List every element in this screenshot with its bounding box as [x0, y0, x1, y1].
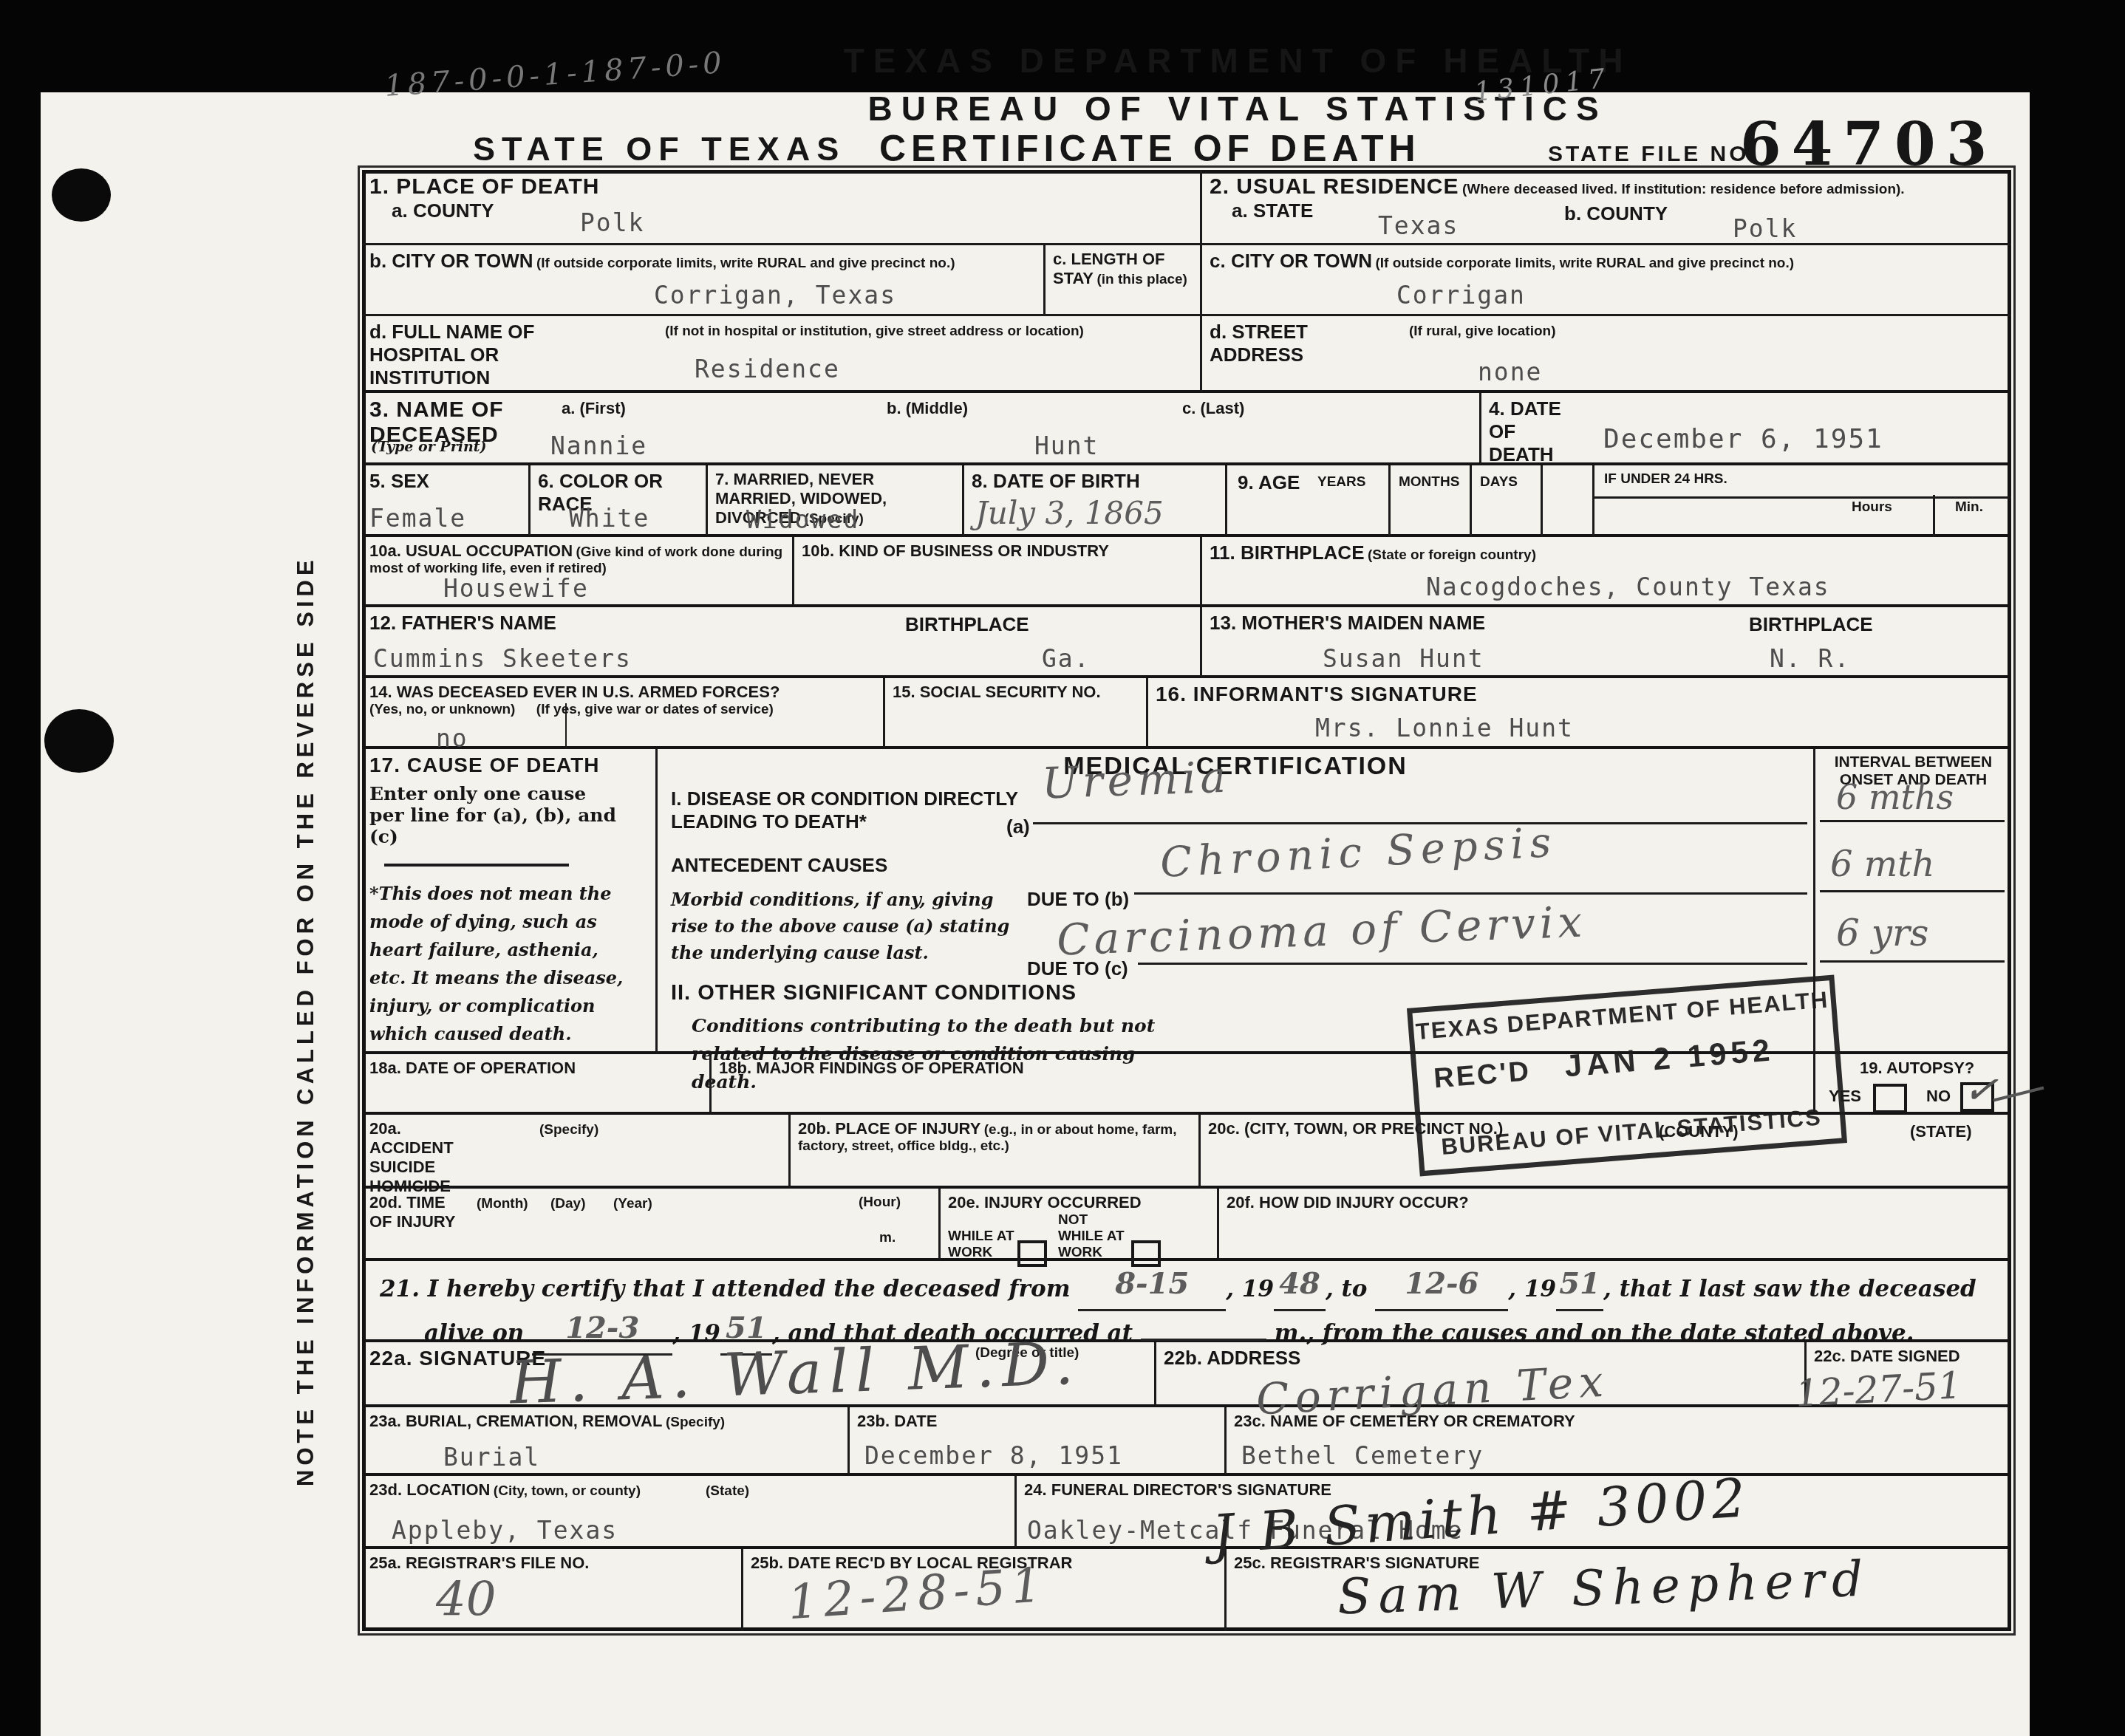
- accident-label: 20a. ACCIDENT SUICIDE HOMICIDE: [369, 1119, 488, 1196]
- hospital-label: d. FULL NAME OF HOSPITAL OR INSTITUTION: [369, 321, 621, 389]
- field-sex: 5. SEX Female: [362, 465, 531, 537]
- field-fathers-name: 12. FATHER'S NAME BIRTHPLACE Cummins Ske…: [362, 607, 1202, 678]
- funeral-director-label: 24. FUNERAL DIRECTOR'S SIGNATURE: [1024, 1480, 1331, 1499]
- residence-county-label: b. COUNTY: [1564, 202, 1668, 225]
- punch-hole-bottom: [44, 709, 114, 773]
- physician-address-label: 22b. ADDRESS: [1164, 1347, 1300, 1369]
- armed-forces-divider: [565, 703, 567, 749]
- age-min-label: Min.: [1955, 499, 1983, 516]
- hospital-value: Residence: [695, 355, 840, 383]
- business-label: 10b. KIND OF BUSINESS OR INDUSTRY: [802, 541, 1109, 560]
- age-years-label: YEARS: [1317, 474, 1365, 491]
- injury-year-label: (Year): [613, 1196, 652, 1212]
- cause-instruction: Enter only one cause per line for (a), (…: [369, 783, 621, 847]
- cert-tail1: , that I last saw the deceased: [1603, 1276, 1976, 1302]
- residence-city-note: (If outside corporate limits, write RURA…: [1376, 256, 1795, 271]
- field-burial-date: 23b. DATE December 8, 1951: [850, 1407, 1227, 1476]
- first-name-label: a. (First): [562, 399, 626, 418]
- cert-y2-value: 51: [1559, 1266, 1600, 1301]
- header-state-of-texas: STATE OF TEXAS: [473, 130, 845, 168]
- interval-line-a: [1820, 820, 2005, 822]
- age-hours-label: Hours: [1852, 499, 1892, 516]
- date-of-operation-label: 18a. DATE OF OPERATION: [369, 1059, 576, 1077]
- antecedent-label: ANTECEDENT CAUSES: [671, 854, 887, 877]
- autopsy-yes-checkbox: [1873, 1084, 1907, 1113]
- burial-note: (Specify): [666, 1415, 725, 1430]
- cert-y2-blank: 51: [1556, 1267, 1603, 1311]
- last-name-value: Hunt: [1034, 431, 1099, 460]
- informant-label: 16. INFORMANT'S SIGNATURE: [1156, 683, 1478, 705]
- field-burial-cremation: 23a. BURIAL, CREMATION, REMOVAL (Specify…: [362, 1407, 850, 1476]
- stamp-recd: REC'D: [1433, 1056, 1532, 1095]
- section2-title: 2. USUAL RESIDENCE: [1210, 174, 1459, 199]
- injury-day-label: (Day): [550, 1196, 586, 1212]
- field-place-of-injury: 20b. PLACE OF INJURY (e.g., in or about …: [791, 1115, 1201, 1189]
- field-date-of-birth: 8. DATE OF BIRTH July 3, 1865: [964, 465, 1227, 537]
- field-informant: 16. INFORMANT'S SIGNATURE Mrs. Lonnie Hu…: [1148, 678, 2011, 749]
- county-label: a. COUNTY: [392, 199, 494, 222]
- interval-line-c: [1820, 960, 2005, 963]
- field-date-of-operation: 18a. DATE OF OPERATION: [362, 1054, 712, 1115]
- how-injury-label: 20f. HOW DID INJURY OCCUR?: [1227, 1193, 1469, 1212]
- field-color-or-race: 6. COLOR OR RACE White: [531, 465, 708, 537]
- field-accident-suicide-homicide: 20a. ACCIDENT SUICIDE HOMICIDE (Specify): [362, 1115, 791, 1189]
- last-name-label: c. (Last): [1182, 399, 1244, 418]
- fathers-name-value: Cummins Skeeters: [373, 644, 632, 673]
- date-of-death-label: 4. DATE OF DEATH: [1489, 397, 1570, 466]
- field-length-of-stay: c. LENGTH OF STAY (in this place): [1046, 245, 1202, 316]
- field-marital-status: 7. MARRIED, NEVER MARRIED, WIDOWED, DIVO…: [708, 465, 964, 537]
- age-hours-min-divider: [1933, 495, 1935, 537]
- burial-date-label: 23b. DATE: [857, 1412, 937, 1430]
- field-burial-location: 23d. LOCATION (City, town, or county) (S…: [362, 1476, 1017, 1549]
- street-address-note: (If rural, give location): [1409, 324, 1555, 340]
- cert-alive-value: 12-3: [565, 1310, 639, 1345]
- age-divider: [1541, 465, 1543, 537]
- field-date-recd-registrar: 25b. DATE REC'D BY LOCAL REGISTRAR 12-28…: [743, 1549, 1227, 1631]
- accident-note: (Specify): [539, 1122, 598, 1138]
- margin-note: NOTE THE INFORMATION CALLED FOR ON THE R…: [293, 408, 328, 1486]
- city-label: b. CITY OR TOWN: [369, 250, 533, 272]
- place-of-injury-label: 20b. PLACE OF INJURY: [798, 1119, 980, 1138]
- cert-hour-blank: [1141, 1339, 1266, 1341]
- header-certificate-title: CERTIFICATE OF DEATH: [879, 127, 1421, 170]
- county-value: Polk: [580, 208, 644, 237]
- registrar-file-value: 40: [436, 1573, 496, 1627]
- injury-occurred-label: 20e. INJURY OCCURRED: [948, 1193, 1142, 1212]
- field-how-injury-occurred: 20f. HOW DID INJURY OCCUR?: [1219, 1189, 2011, 1261]
- mothers-name-value: Susan Hunt: [1323, 644, 1484, 673]
- date-signed-value: 12-27-51: [1795, 1364, 1962, 1415]
- cert-to-blank: 12-6: [1375, 1267, 1508, 1311]
- cert-from-blank: 8-15: [1078, 1267, 1226, 1311]
- not-while-at-work-label: NOT WHILE AT WORK: [1058, 1212, 1128, 1261]
- field-occupation: 10a. USUAL OCCUPATION (Give kind of work…: [362, 537, 794, 607]
- burial-location-note: (City, town, or county): [494, 1483, 641, 1499]
- hospital-note: (If not in hospital or institution, give…: [665, 324, 1084, 340]
- field-city-of-death: b. CITY OR TOWN (If outside corporate li…: [362, 245, 1046, 316]
- stamp-date: JAN 2 1952: [1563, 1032, 1776, 1084]
- received-stamp: TEXAS DEPARTMENT OF HEALTH REC'D JAN 2 1…: [1407, 975, 1847, 1177]
- autopsy-no-checkmark: ✓: [1961, 1065, 2000, 1116]
- dob-value: July 3, 1865: [975, 495, 1164, 531]
- burial-location-label: 23d. LOCATION: [369, 1480, 490, 1499]
- field-registrar-signature: 25c. REGISTRAR'S SIGNATURE Sam W Shepher…: [1227, 1549, 2011, 1631]
- cause-divider-rule: [384, 864, 569, 867]
- field-business-industry: 10b. KIND OF BUSINESS OR INDUSTRY: [794, 537, 1202, 607]
- birthplace-label: 11. BIRTHPLACE: [1210, 541, 1365, 564]
- medical-certification-title: MEDICAL CERTIFICATION: [658, 752, 1813, 781]
- burial-value: Burial: [443, 1443, 540, 1472]
- cert-from-value: 8-15: [1115, 1266, 1189, 1301]
- cause-of-death-label: 17. CAUSE OF DEATH: [369, 753, 600, 776]
- field-time-of-injury: 20d. TIME OF INJURY (Month) (Day) (Year)…: [362, 1189, 941, 1261]
- age-divider: [1388, 465, 1391, 537]
- city-note: (If outside corporate limits, write RURA…: [536, 256, 955, 271]
- father-birthplace-label: BIRTHPLACE: [905, 613, 1029, 636]
- field-armed-forces: 14. WAS DECEASED EVER IN U.S. ARMED FORC…: [362, 678, 885, 749]
- date-of-death-value: December 6, 1951: [1603, 424, 1883, 454]
- sex-label: 5. SEX: [369, 470, 429, 492]
- field-date-of-death: 4. DATE OF DEATH December 6, 1951: [1481, 393, 2011, 465]
- section3-note: (Type or Print): [371, 439, 486, 455]
- interval-b-value: 6 mth: [1830, 844, 1935, 885]
- field-registrar-file-no: 25a. REGISTRAR'S FILE NO. 40: [362, 1549, 743, 1631]
- residence-state-value: Texas: [1378, 211, 1459, 240]
- cert-to-word: , to: [1326, 1276, 1368, 1302]
- age-divider: [1470, 465, 1472, 537]
- residence-city-value: Corrigan: [1396, 281, 1526, 310]
- time-of-injury-label: 20d. TIME OF INJURY: [369, 1193, 458, 1231]
- residence-state-label: a. STATE: [1232, 199, 1313, 222]
- cert-y1-blank: 48: [1274, 1267, 1326, 1311]
- field-social-security: 15. SOCIAL SECURITY NO.: [885, 678, 1148, 749]
- interval-c-value: 6 yrs: [1836, 912, 1929, 954]
- age-under24-divider: [1592, 496, 2011, 499]
- cert-to-value: 12-6: [1405, 1266, 1478, 1301]
- due-to-b-label: DUE TO (b): [1027, 888, 1129, 911]
- death-certificate-scan: NOTE THE INFORMATION CALLED FOR ON THE R…: [0, 0, 2125, 1736]
- length-of-stay-note: (in this place): [1096, 272, 1187, 287]
- injury-hour-label: (Hour): [859, 1195, 901, 1211]
- armed-forces-note1: (Yes, no, or unknown): [369, 702, 515, 717]
- cert-y19b: , 19: [1508, 1276, 1556, 1302]
- sex-value: Female: [369, 504, 466, 533]
- age-label: 9. AGE: [1238, 471, 1300, 494]
- section1-title: 1. PLACE OF DEATH: [369, 174, 599, 199]
- field-injury-occurred: 20e. INJURY OCCURRED WHILE AT WORK NOT W…: [941, 1189, 1219, 1261]
- autopsy-label: 19. AUTOPSY?: [1860, 1059, 1974, 1078]
- race-value: White: [569, 504, 649, 533]
- field-hospital-name: d. FULL NAME OF HOSPITAL OR INSTITUTION …: [362, 316, 1202, 393]
- date-signed-label: 22c. DATE SIGNED: [1814, 1347, 1960, 1365]
- disease-condition-label: I. DISEASE OR CONDITION DIRECTLY LEADING…: [671, 787, 1018, 833]
- field-autopsy: 19. AUTOPSY? YES NO ✓: [1815, 1054, 2011, 1115]
- other-conditions-label: II. OTHER SIGNIFICANT CONDITIONS: [671, 981, 1077, 1005]
- fathers-name-label: 12. FATHER'S NAME: [369, 612, 556, 634]
- first-name-value: Nannie: [550, 431, 647, 460]
- field-residence-city: c. CITY OR TOWN (If outside corporate li…: [1202, 245, 2011, 316]
- age-under24-label: IF UNDER 24 HRS.: [1604, 471, 1727, 488]
- city-value: Corrigan, Texas: [654, 281, 896, 310]
- occupation-label: 10a. USUAL OCCUPATION: [369, 541, 573, 560]
- age-divider: [1592, 465, 1594, 537]
- occupation-value: Housewife: [443, 574, 589, 603]
- field-certification-statement: 21. I hereby certify that I attended the…: [362, 1261, 2011, 1342]
- age-days-label: DAYS: [1480, 474, 1518, 491]
- field-birthplace: 11. BIRTHPLACE (State or foreign country…: [1202, 537, 2011, 607]
- disease-condition-sub: (a): [1006, 816, 1030, 838]
- injury-m-label: m.: [879, 1230, 896, 1246]
- injury-month-label: (Month): [477, 1196, 528, 1212]
- section2-title-note: (Where deceased lived. If institution: r…: [1462, 182, 1905, 197]
- cause-a-value: Uremia: [1041, 752, 1231, 809]
- mothers-name-label: 13. MOTHER'S MAIDEN NAME: [1210, 612, 1485, 634]
- cause-footnote: *This does not mean the mode of dying, s…: [369, 880, 628, 1048]
- interval-a-value: 6 mths: [1836, 777, 1954, 817]
- age-months-label: MONTHS: [1399, 474, 1459, 491]
- registrar-file-label: 25a. REGISTRAR'S FILE NO.: [369, 1554, 589, 1572]
- cert-y1-value: 48: [1279, 1266, 1320, 1301]
- informant-value: Mrs. Lonnie Hunt: [1315, 714, 1574, 742]
- residence-county-value: Polk: [1733, 214, 1797, 243]
- father-birthplace-value: Ga.: [1042, 644, 1091, 673]
- punch-hole-top: [52, 168, 111, 222]
- middle-name-label: b. (Middle): [887, 399, 968, 418]
- burial-location-value: Appleby, Texas: [392, 1516, 618, 1545]
- burial-date-value: December 8, 1951: [864, 1441, 1123, 1470]
- street-address-label: d. STREET ADDRESS: [1210, 321, 1372, 366]
- residence-city-label: c. CITY OR TOWN: [1210, 250, 1372, 272]
- dob-label: 8. DATE OF BIRTH: [972, 470, 1140, 492]
- field-place-of-death-county: 1. PLACE OF DEATH a. COUNTY Polk: [362, 170, 1202, 245]
- armed-forces-note2: (If yes, give war or dates of service): [536, 702, 774, 717]
- injury-state-label: (STATE): [1910, 1122, 1972, 1141]
- cemetery-value: Bethel Cemetery: [1241, 1441, 1484, 1470]
- major-findings-label: 18b. MAJOR FINDINGS OF OPERATION: [719, 1059, 1024, 1077]
- armed-forces-label: 14. WAS DECEASED EVER IN U.S. ARMED FORC…: [369, 683, 780, 701]
- state-file-no-value: 64703: [1740, 109, 1997, 179]
- birthplace-value: Nacogdoches, County Texas: [1426, 573, 1830, 601]
- interval-line-b: [1820, 890, 2005, 892]
- field-mothers-name: 13. MOTHER'S MAIDEN NAME BIRTHPLACE Susa…: [1202, 607, 2011, 678]
- mother-birthplace-label: BIRTHPLACE: [1749, 613, 1873, 636]
- while-at-work-label: WHILE AT WORK: [948, 1228, 1014, 1261]
- birthplace-note: (State or foreign country): [1368, 547, 1536, 563]
- antecedent-note: Morbid conditions, if any, giving rise t…: [671, 886, 1011, 966]
- cert-y19a: , 19: [1226, 1276, 1274, 1302]
- mother-birthplace-value: N. R.: [1770, 644, 1850, 673]
- state-file-no-label: STATE FILE NO.: [1548, 142, 1759, 167]
- autopsy-no-label: NO: [1926, 1087, 1951, 1106]
- cert-prefix: 21. I hereby certify that I attended the…: [380, 1276, 1070, 1302]
- field-cause-of-death-notes: 17. CAUSE OF DEATH Enter only one cause …: [362, 749, 658, 1054]
- marital-value: Widowed: [746, 505, 859, 534]
- field-street-address: d. STREET ADDRESS (If rural, give locati…: [1202, 316, 2011, 393]
- field-usual-residence-state-county: 2. USUAL RESIDENCE (Where deceased lived…: [1202, 170, 2011, 245]
- field-interval-column: INTERVAL BETWEEN ONSET AND DEATH 6 mths …: [1815, 749, 2011, 1054]
- field-name-of-deceased: 3. NAME OF DECEASED (Type or Print) a. (…: [362, 393, 1481, 465]
- field-age: 9. AGE YEARS MONTHS DAYS IF UNDER 24 HRS…: [1227, 465, 2011, 537]
- ssn-label: 15. SOCIAL SECURITY NO.: [893, 683, 1101, 701]
- burial-location-state-note: (State): [706, 1483, 749, 1500]
- street-address-value: none: [1478, 358, 1542, 386]
